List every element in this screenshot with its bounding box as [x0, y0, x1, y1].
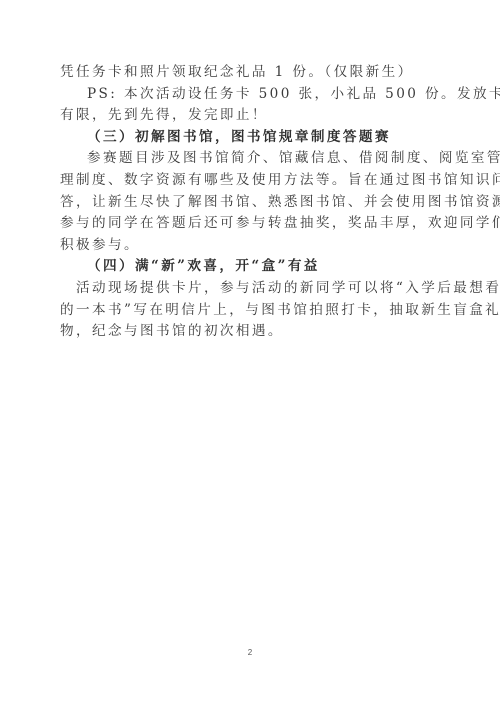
section-heading-3: （三）初解图书馆，图书馆规章制度答题赛: [60, 127, 442, 149]
paragraph-line: 的一本书”写在明信片上，与图书馆拍照打卡，抽取新生盲盒礼: [60, 300, 442, 322]
document-page: 凭任务卡和照片领取纪念礼品 1 份。（仅限新生） PS: 本次活动设任务卡 50…: [0, 0, 500, 707]
paragraph-line: PS: 本次活动设任务卡 500 张，小礼品 500 份。发放卡片数量: [60, 84, 442, 106]
page-number: 2: [0, 648, 500, 657]
paragraph-line: 活动现场提供卡片，参与活动的新同学可以将“入学后最想看: [60, 278, 442, 300]
section-heading-4: （四）满“新”欢喜，开“盒”有益: [60, 256, 442, 278]
paragraph-line: 参与的同学在答题后还可参与转盘抽奖，奖品丰厚，欢迎同学们: [60, 213, 442, 235]
paragraph-line: 物，纪念与图书馆的初次相遇。: [60, 321, 442, 343]
paragraph-line: 答，让新生尽快了解图书馆、熟悉图书馆、并会使用图书馆资源。: [60, 192, 442, 214]
page-content: 凭任务卡和照片领取纪念礼品 1 份。（仅限新生） PS: 本次活动设任务卡 50…: [60, 62, 442, 343]
paragraph-line: 理制度、数字资源有哪些及使用方法等。旨在通过图书馆知识问: [60, 170, 442, 192]
paragraph-line: 凭任务卡和照片领取纪念礼品 1 份。（仅限新生）: [60, 62, 442, 84]
paragraph-line: 积极参与。: [60, 235, 442, 257]
paragraph-line: 有限，先到先得，发完即止！: [60, 105, 442, 127]
paragraph-line: 参赛题目涉及图书馆简介、馆藏信息、借阅制度、阅览室管: [60, 148, 442, 170]
